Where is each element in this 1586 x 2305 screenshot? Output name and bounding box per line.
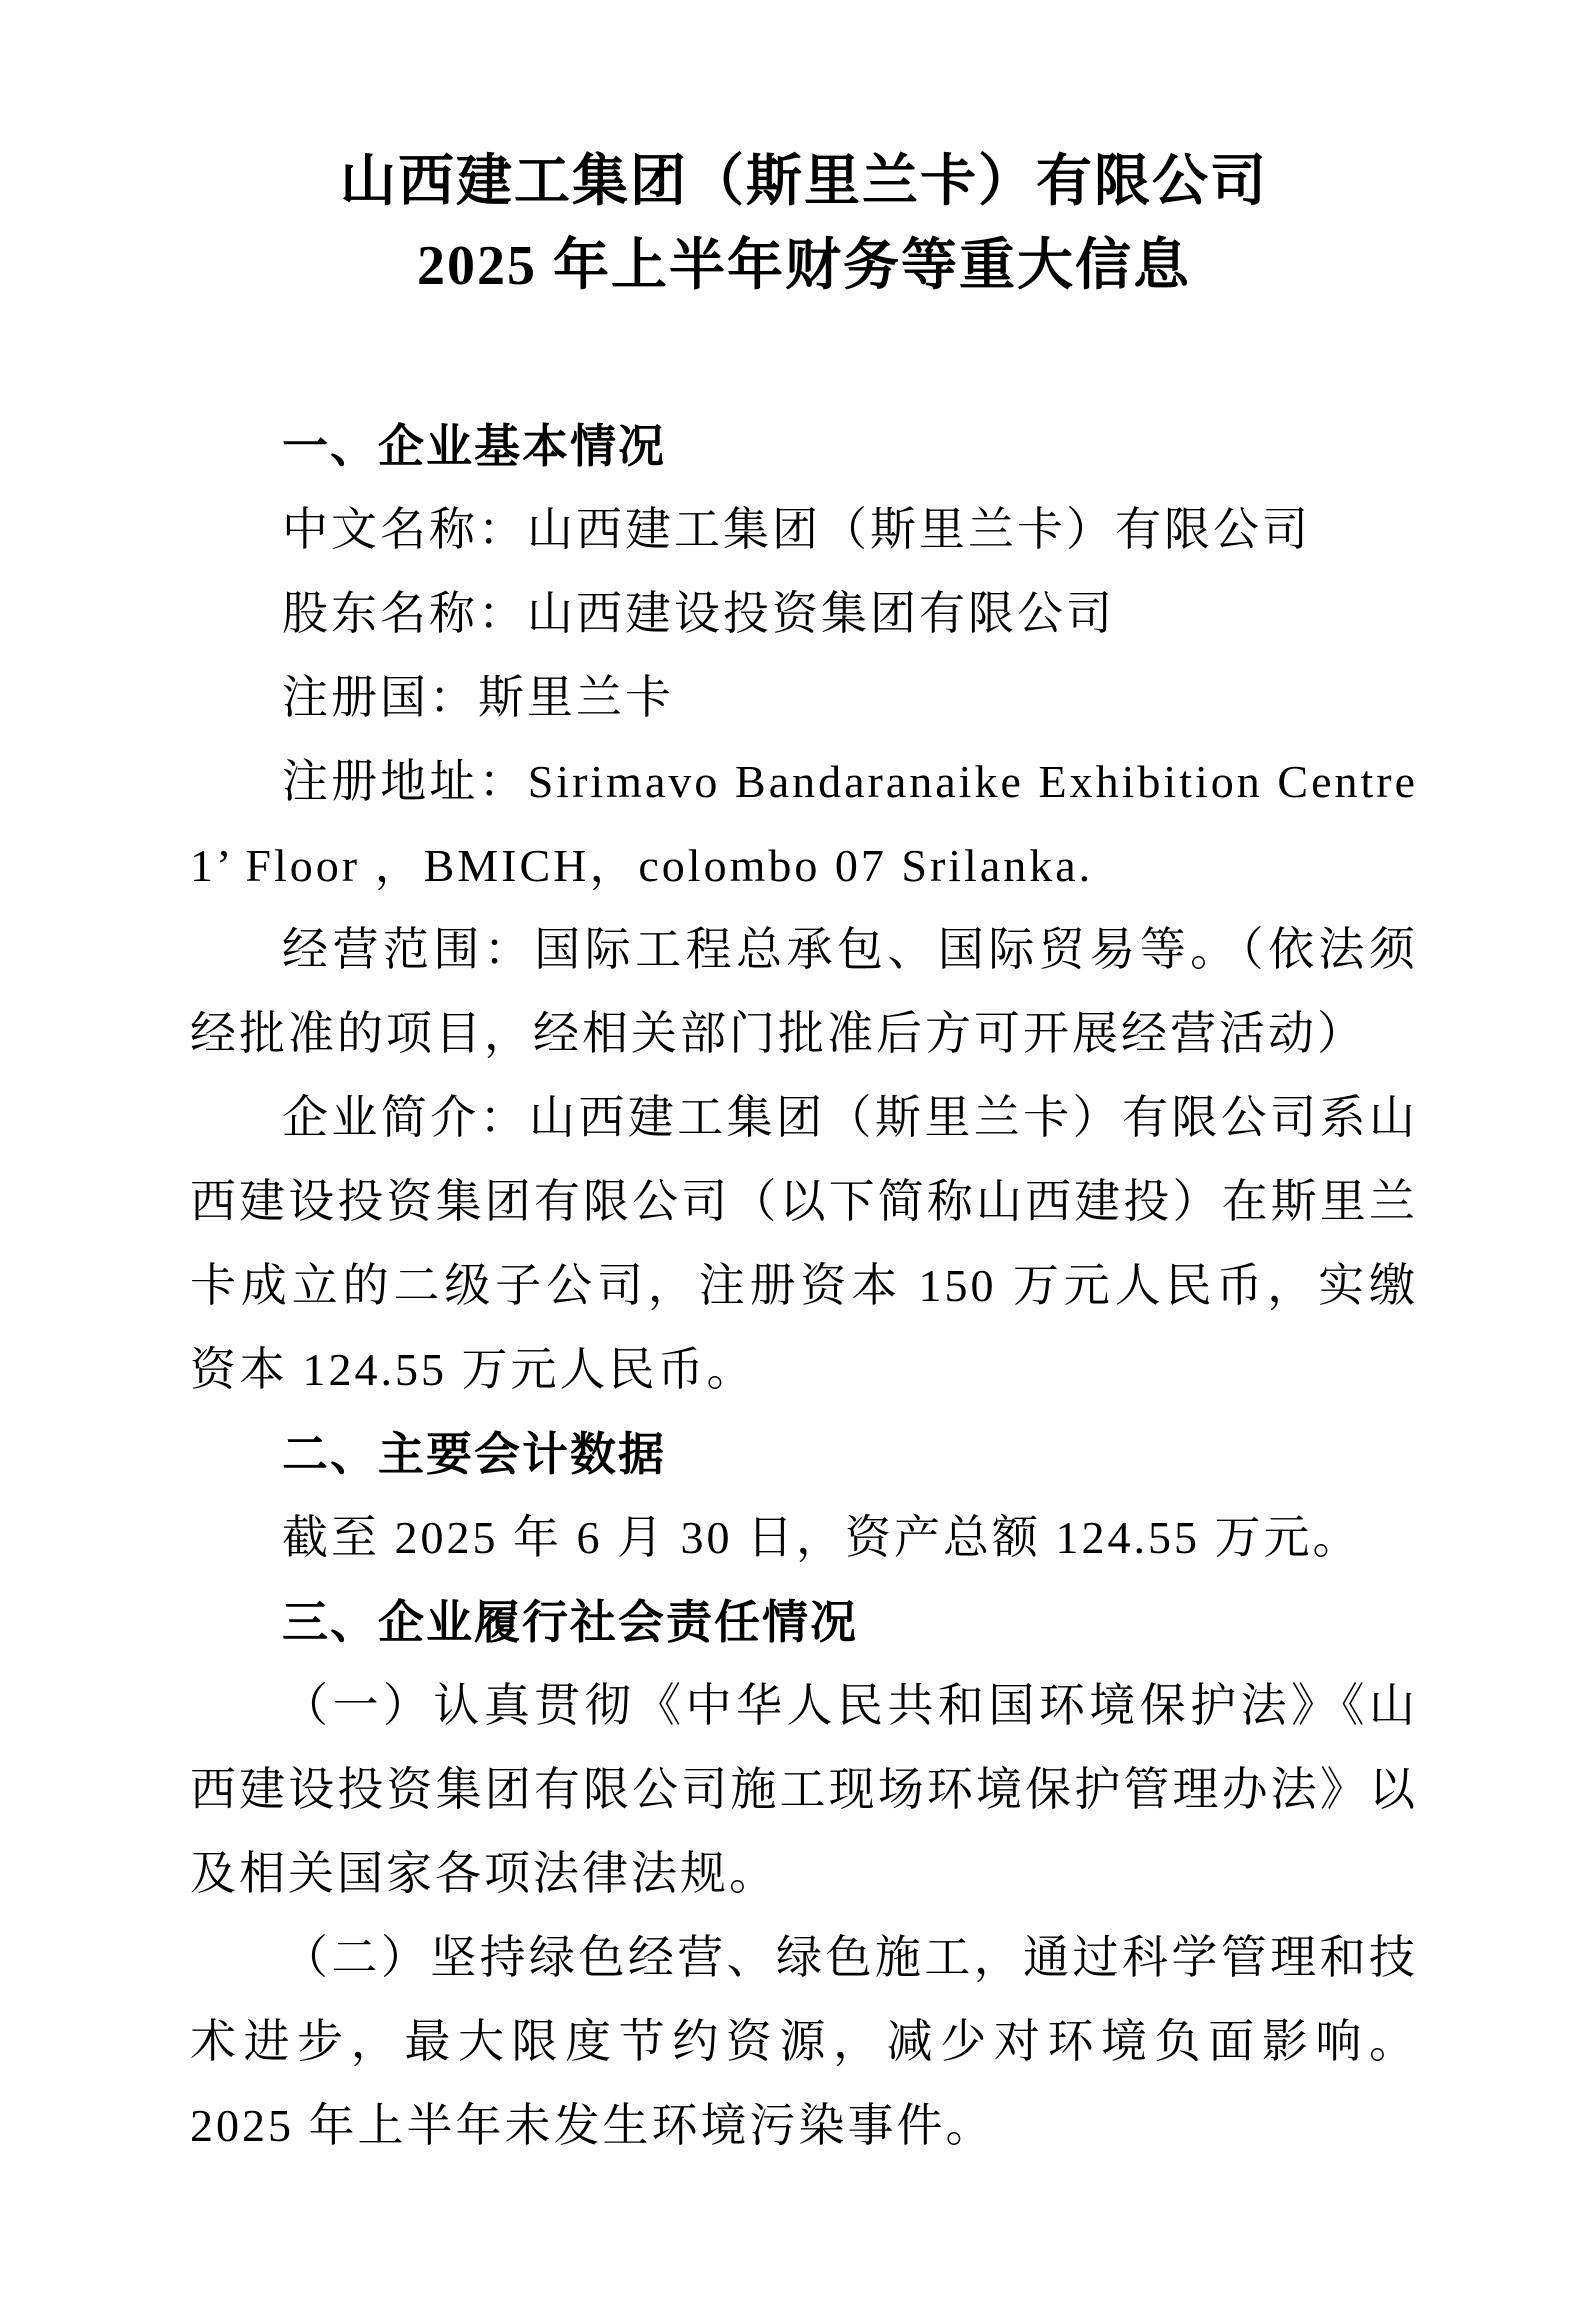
document-title-line-2: 2025 年上半年财务等重大信息 bbox=[190, 224, 1418, 308]
paragraph-responsibility-item-1: （一）认真贯彻《中华人民共和国环境保护法》《山西建设投资集团有限公司施工现场环境… bbox=[190, 1664, 1418, 1916]
paragraph-registered-address: 注册地址：Sirimavo Bandaranaike Exhibition Ce… bbox=[190, 740, 1418, 908]
paragraph-business-scope: 经营范围：国际工程总承包、国际贸易等。（依法须经批准的项目，经相关部门批准后方可… bbox=[190, 908, 1418, 1076]
paragraph-shareholder-name: 股东名称：山西建设投资集团有限公司 bbox=[190, 572, 1418, 656]
section-heading-2-accounting-data: 二、主要会计数据 bbox=[190, 1412, 1418, 1496]
paragraph-registration-country: 注册国：斯里兰卡 bbox=[190, 656, 1418, 740]
section-heading-1-basic-info: 一、企业基本情况 bbox=[190, 404, 1418, 488]
section-heading-3-social-responsibility: 三、企业履行社会责任情况 bbox=[190, 1580, 1418, 1664]
document-page: 山西建工集团（斯里兰卡）有限公司 2025 年上半年财务等重大信息 一、企业基本… bbox=[0, 0, 1586, 2305]
document-title: 山西建工集团（斯里兰卡）有限公司 2025 年上半年财务等重大信息 bbox=[190, 140, 1418, 308]
paragraph-company-profile: 企业简介：山西建工集团（斯里兰卡）有限公司系山西建设投资集团有限公司（以下简称山… bbox=[190, 1076, 1418, 1412]
paragraph-responsibility-item-2: （二）坚持绿色经营、绿色施工，通过科学管理和技术进步，最大限度节约资源，减少对环… bbox=[190, 1916, 1418, 2168]
paragraph-chinese-name: 中文名称：山西建工集团（斯里兰卡）有限公司 bbox=[190, 488, 1418, 572]
document-title-line-1: 山西建工集团（斯里兰卡）有限公司 bbox=[190, 140, 1418, 224]
paragraph-total-assets: 截至 2025 年 6 月 30 日，资产总额 124.55 万元。 bbox=[190, 1496, 1418, 1580]
